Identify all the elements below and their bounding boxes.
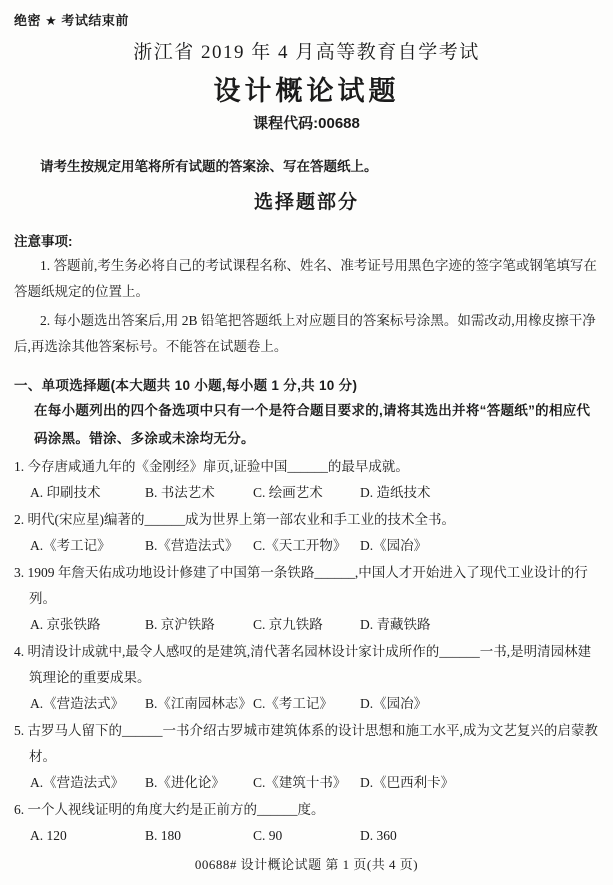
question-4-option-a: A.《营造法式》 [30, 691, 145, 717]
question-3: 3. 1909 年詹天佑成功地设计修建了中国第一条铁路______,中国人才开始… [14, 560, 599, 638]
question-2-option-c: C.《天工开物》 [253, 533, 360, 559]
question-2-option-a: A.《考工记》 [30, 533, 145, 559]
exam-page: 绝密 ★ 考试结束前 浙江省 2019 年 4 月高等教育自学考试 设计概论试题… [0, 0, 613, 885]
section-part-title: 选择题部分 [14, 187, 599, 214]
question-6-options: A. 120 B. 180 C. 90 D. 360 [14, 823, 599, 849]
question-5-stem: 5. 古罗马人留下的______一书介绍古罗城市建筑体系的设计思想和施工水平,成… [14, 718, 599, 770]
question-5-option-a: A.《营造法式》 [30, 770, 145, 796]
question-2-option-d: D.《园冶》 [360, 533, 599, 559]
question-6-number: 6. [14, 802, 24, 817]
question-2-number: 2. [14, 512, 24, 527]
question-2-stem: 2. 明代(宋应星)编著的______成为世界上第一部农业和手工业的技术全书。 [14, 507, 599, 533]
question-1-options: A. 印刷技术 B. 书法艺术 C. 绘画艺术 D. 造纸技术 [14, 480, 599, 506]
question-4-option-c: C.《考工记》 [253, 691, 360, 717]
question-1-option-c: C. 绘画艺术 [253, 480, 360, 506]
question-2: 2. 明代(宋应星)编著的______成为世界上第一部农业和手工业的技术全书。 … [14, 507, 599, 559]
question-1-text: 今存唐咸通九年的《金刚经》扉页,证验中国______的最早成就。 [28, 459, 409, 474]
question-5-text: 古罗马人留下的______一书介绍古罗城市建筑体系的设计思想和施工水平,成为文艺… [28, 723, 598, 764]
question-3-stem: 3. 1909 年詹天佑成功地设计修建了中国第一条铁路______,中国人才开始… [14, 560, 599, 612]
question-3-option-c: C. 京九铁路 [253, 612, 360, 638]
question-3-option-d: D. 青藏铁路 [360, 612, 599, 638]
course-code: 课程代码:00688 [14, 112, 599, 133]
question-5-number: 5. [14, 723, 24, 738]
exam-title: 浙江省 2019 年 4 月高等教育自学考试 [14, 37, 599, 64]
question-2-text: 明代(宋应星)编著的______成为世界上第一部农业和手工业的技术全书。 [28, 512, 456, 527]
question-6-stem: 6. 一个人视线证明的角度大约是正前方的______度。 [14, 797, 599, 823]
question-1-number: 1. [14, 459, 24, 474]
section1-heading: 一、单项选择题(本大题共 10 小题,每小题 1 分,共 10 分) [14, 374, 599, 394]
answer-notice: 请考生按规定用笔将所有试题的答案涂、写在答题纸上。 [14, 155, 599, 175]
question-4-text: 明清设计成就中,最令人感叹的是建筑,清代著名园林设计家计成所作的______一书… [28, 644, 592, 685]
attention-title: 注意事项: [14, 230, 599, 250]
question-4-number: 4. [14, 644, 24, 659]
attention-item-1: 1. 答题前,考生务必将自己的考试课程名称、姓名、准考证号用黑色字迹的签字笔或钢… [14, 253, 599, 305]
question-6-text: 一个人视线证明的角度大约是正前方的______度。 [28, 802, 325, 817]
question-3-option-b: B. 京沪铁路 [145, 612, 253, 638]
question-6: 6. 一个人视线证明的角度大约是正前方的______度。 A. 120 B. 1… [14, 797, 599, 849]
question-1-option-d: D. 造纸技术 [360, 480, 599, 506]
question-2-option-b: B.《营造法式》 [145, 533, 253, 559]
question-5-option-d: D.《巴西利卡》 [360, 770, 599, 796]
question-5: 5. 古罗马人留下的______一书介绍古罗城市建筑体系的设计思想和施工水平,成… [14, 718, 599, 796]
question-5-option-c: C.《建筑十书》 [253, 770, 360, 796]
question-6-option-c: C. 90 [253, 823, 360, 849]
question-4-stem: 4. 明清设计成就中,最令人感叹的是建筑,清代著名园林设计家计成所作的_____… [14, 639, 599, 691]
question-4-option-b: B.《江南园林志》 [145, 691, 253, 717]
question-2-options: A.《考工记》 B.《营造法式》 C.《天工开物》 D.《园冶》 [14, 533, 599, 559]
question-4-options: A.《营造法式》 B.《江南园林志》 C.《考工记》 D.《园冶》 [14, 691, 599, 717]
question-1-option-a: A. 印刷技术 [30, 480, 145, 506]
question-1-option-b: B. 书法艺术 [145, 480, 253, 506]
question-1-stem: 1. 今存唐咸通九年的《金刚经》扉页,证验中国______的最早成就。 [14, 454, 599, 480]
question-3-options: A. 京张铁路 B. 京沪铁路 C. 京九铁路 D. 青藏铁路 [14, 612, 599, 638]
question-4: 4. 明清设计成就中,最令人感叹的是建筑,清代著名园林设计家计成所作的_____… [14, 639, 599, 717]
paper-title: 设计概论试题 [14, 69, 599, 108]
question-3-number: 3. [14, 565, 24, 580]
question-3-option-a: A. 京张铁路 [30, 612, 145, 638]
question-1: 1. 今存唐咸通九年的《金刚经》扉页,证验中国______的最早成就。 A. 印… [14, 454, 599, 506]
section1-instruction: 在每小题列出的四个备选项中只有一个是符合题目要求的,请将其选出并将“答题纸”的相… [14, 397, 599, 453]
page-footer: 00688# 设计概论试题 第 1 页(共 4 页) [0, 854, 613, 873]
question-6-option-b: B. 180 [145, 823, 253, 849]
question-6-option-a: A. 120 [30, 823, 145, 849]
attention-item-2: 2. 每小题选出答案后,用 2B 铅笔把答题纸上对应题目的答案标号涂黑。如需改动… [14, 308, 599, 360]
question-6-option-d: D. 360 [360, 823, 599, 849]
classification-label: 绝密 ★ 考试结束前 [14, 10, 599, 29]
question-5-options: A.《营造法式》 B.《进化论》 C.《建筑十书》 D.《巴西利卡》 [14, 770, 599, 796]
question-5-option-b: B.《进化论》 [145, 770, 253, 796]
question-4-option-d: D.《园冶》 [360, 691, 599, 717]
question-3-text: 1909 年詹天佑成功地设计修建了中国第一条铁路______,中国人才开始进入了… [28, 565, 588, 606]
